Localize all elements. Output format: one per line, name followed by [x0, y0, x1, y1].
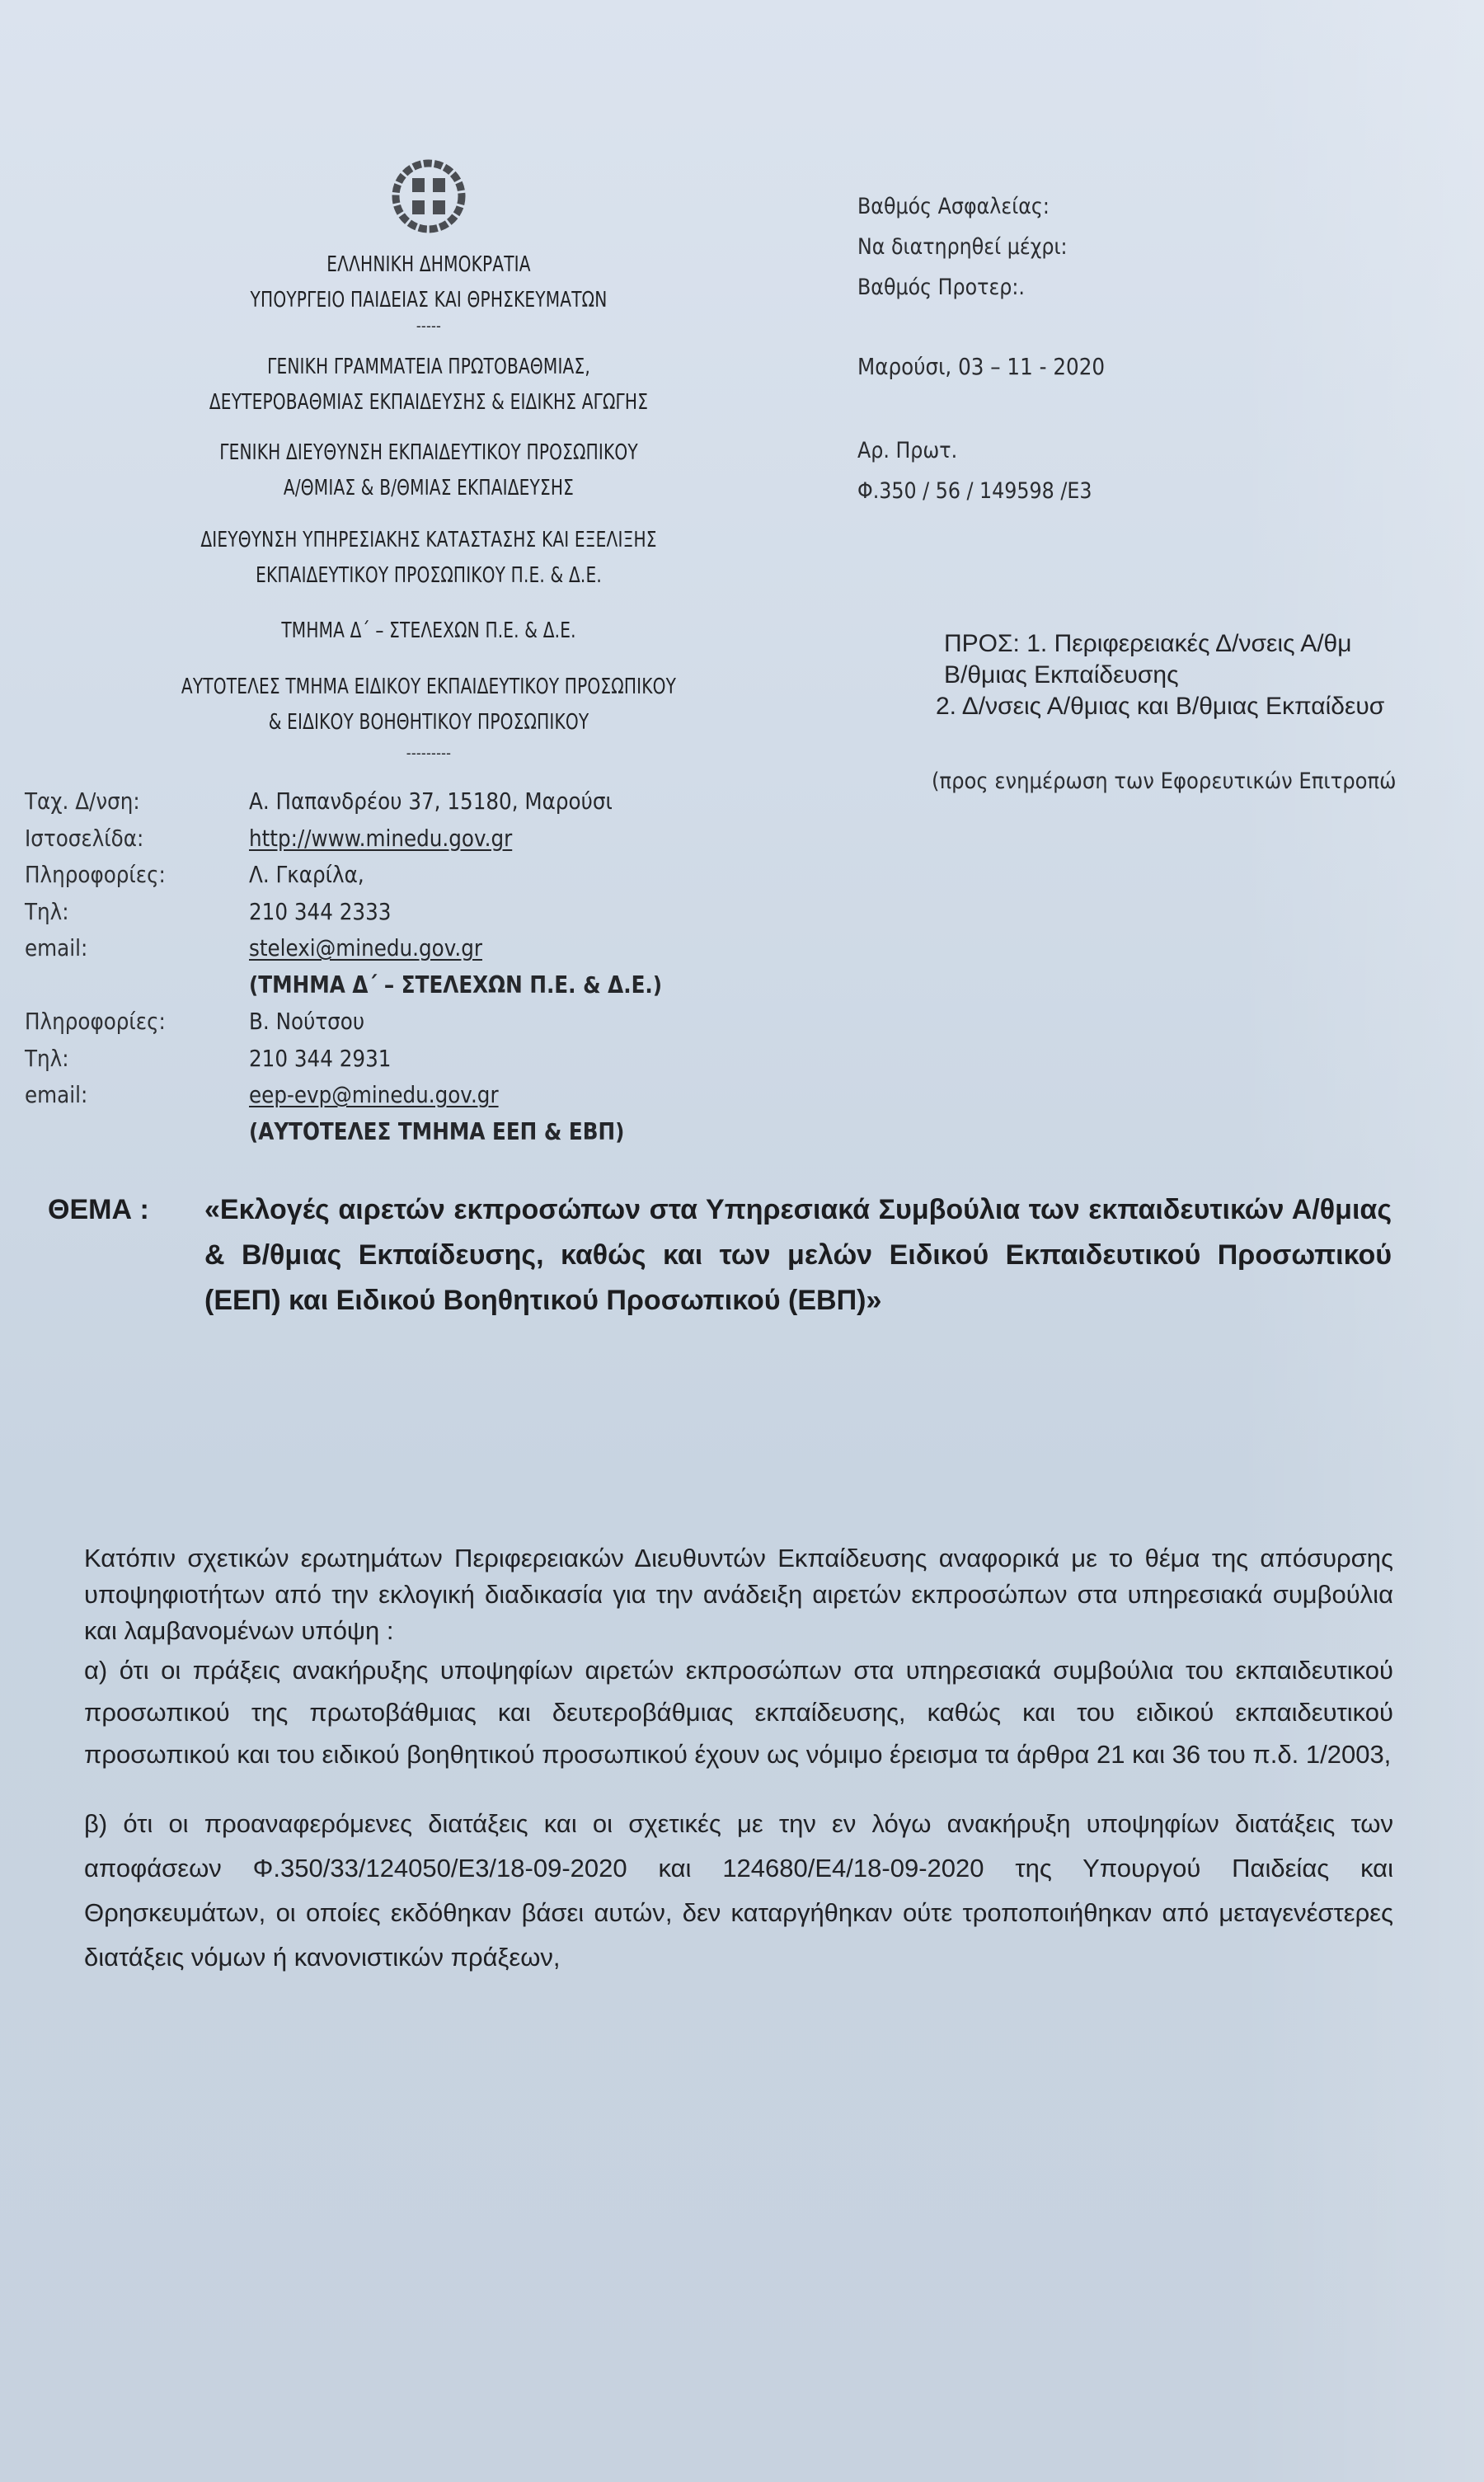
priority-level: Βαθμός Προτερ:. — [857, 267, 1068, 308]
security-level: Βαθμός Ασφαλείας: — [857, 186, 1068, 227]
protocol-number: Φ.350 / 56 / 149598 /Ε3 — [857, 471, 1092, 511]
contact-link[interactable]: stelexi@minedu.gov.gr — [249, 930, 482, 967]
contact-label — [25, 967, 222, 1004]
issuer-header: ΕΛΛΗΝΙΚΗ ΔΗΜΟΚΡΑΤΙΑ ΥΠΟΥΡΓΕΙΟ ΠΑΙΔΕΙΑΣ Κ… — [33, 247, 824, 318]
recipient-1-text: 1. Περιφερειακές Δ/νσεις Α/θμ — [1026, 630, 1351, 657]
intro-paragraph: Κατόπιν σχετικών ερωτημάτων Περιφερειακώ… — [84, 1540, 1393, 1649]
recipient-1-line-2: Β/θμιας Εκπαίδευσης — [944, 660, 1384, 691]
subject-label: ΘΕΜΑ : — [48, 1187, 149, 1233]
letter-body: Κατόπιν σχετικών ερωτημάτων Περιφερειακώ… — [84, 1540, 1393, 1980]
department-line: ΤΜΗΜΑ Δ΄ – ΣΤΕΛΕΧΩΝ Π.Ε. & Δ.Ε. — [88, 613, 769, 649]
contact-row: Πληροφορίες:Β. Νούτσου — [25, 1004, 718, 1041]
contact-value: (ΑΥΤΟΤΕΛΕΣ ΤΜΗΜΑ ΕΕΠ & ΕΒΠ) — [249, 1114, 624, 1151]
point-b-paragraph: β) ότι οι προαναφερόμενες διατάξεις και … — [84, 1802, 1393, 1980]
contact-link[interactable]: http://www.minedu.gov.gr — [249, 820, 512, 858]
republic-name: ΕΛΛΗΝΙΚΗ ΔΗΜΟΚΡΑΤΙΑ — [88, 247, 769, 283]
contact-row: Τηλ:210 344 2333 — [25, 894, 718, 931]
general-directorate-line-2: Α/ΘΜΙΑΣ & Β/ΘΜΙΑΣ ΕΚΠΑΙΔΕΥΣΗΣ — [88, 471, 769, 506]
header-separator: ----- — [33, 318, 824, 335]
contact-value: (ΤΜΗΜΑ Δ΄ – ΣΤΕΛΕΧΩΝ Π.Ε. & Δ.Ε.) — [249, 967, 662, 1004]
contact-row: (ΑΥΤΟΤΕΛΕΣ ΤΜΗΜΑ ΕΕΠ & ΕΒΠ) — [25, 1114, 718, 1151]
document-page: ΕΛΛΗΝΙΚΗ ΔΗΜΟΚΡΑΤΙΑ ΥΠΟΥΡΓΕΙΟ ΠΑΙΔΕΙΑΣ Κ… — [0, 0, 1484, 2482]
header-separator-2: --------- — [33, 745, 824, 762]
secretariat-line-2: ΔΕΥΤΕΡΟΒΑΘΜΙΑΣ ΕΚΠΑΙΔΕΥΣΗΣ & ΕΙΔΙΚΗΣ ΑΓΩ… — [88, 385, 769, 421]
secretariat-line-1: ΓΕΝΙΚΗ ΓΡΑΜΜΑΤΕΙΑ ΠΡΩΤΟΒΑΘΜΙΑΣ, — [88, 350, 769, 385]
greek-coat-of-arms-icon — [387, 155, 470, 237]
retain-until: Να διατηρηθεί μέχρι: — [857, 227, 1068, 267]
general-directorate-line-1: ΓΕΝΙΚΗ ΔΙΕΥΘΥΝΣΗ ΕΚΠΑΙΔΕΥΤΙΚΟΥ ΠΡΟΣΩΠΙΚΟ… — [88, 435, 769, 471]
subject-text: «Εκλογές αιρετών εκπροσώπων στα Υπηρεσια… — [204, 1187, 1392, 1323]
recipients-note: (προς ενημέρωση των Εφορευτικών Επιτροπώ — [932, 769, 1396, 794]
contact-value: Β. Νούτσου — [249, 1004, 364, 1041]
contact-label: Ταχ. Δ/νση: — [25, 783, 222, 820]
recipient-2: 2. Δ/νσεις Α/θμιας και Β/θμιας Εκπαίδευσ — [936, 691, 1384, 722]
contact-value: Λ. Γκαρίλα, — [249, 857, 364, 894]
contact-row: Πληροφορίες:Λ. Γκαρίλα, — [25, 857, 718, 894]
contact-label: email: — [25, 930, 222, 967]
contact-row: (ΤΜΗΜΑ Δ΄ – ΣΤΕΛΕΧΩΝ Π.Ε. & Δ.Ε.) — [25, 967, 718, 1004]
contact-label: email: — [25, 1077, 222, 1114]
contact-value: 210 344 2333 — [249, 894, 391, 931]
contact-row: email:stelexi@minedu.gov.gr — [25, 930, 718, 967]
contact-link[interactable]: eep-evp@minedu.gov.gr — [249, 1077, 499, 1114]
protocol-label: Αρ. Πρωτ. — [857, 430, 1092, 471]
autonomous-department-block: ΑΥΤΟΤΕΛΕΣ ΤΜΗΜΑ ΕΙΔΙΚΟΥ ΕΚΠΑΙΔΕΥΤΙΚΟΥ ΠΡ… — [33, 670, 824, 740]
contact-row: email:eep-evp@minedu.gov.gr — [25, 1077, 718, 1114]
secretariat-block: ΓΕΝΙΚΗ ΓΡΑΜΜΑΤΕΙΑ ΠΡΩΤΟΒΑΘΜΙΑΣ, ΔΕΥΤΕΡΟΒ… — [33, 350, 824, 421]
directorate-line-2: ΕΚΠΑΙΔΕΥΤΙΚΟΥ ΠΡΟΣΩΠΙΚΟΥ Π.Ε. & Δ.Ε. — [88, 558, 769, 594]
directorate-line-1: ΔΙΕΥΘΥΝΣΗ ΥΠΗΡΕΣΙΑΚΗΣ ΚΑΤΑΣΤΑΣΗΣ ΚΑΙ ΕΞΕ… — [88, 523, 769, 558]
autonomous-dept-line-1: ΑΥΤΟΤΕΛΕΣ ΤΜΗΜΑ ΕΙΔΙΚΟΥ ΕΚΠΑΙΔΕΥΤΙΚΟΥ ΠΡ… — [88, 670, 769, 705]
ministry-name: ΥΠΟΥΡΓΕΙΟ ΠΑΙΔΕΙΑΣ ΚΑΙ ΘΡΗΣΚΕΥΜΑΤΩΝ — [88, 283, 769, 318]
contact-details: Ταχ. Δ/νση:Α. Παπανδρέου 37, 15180, Μαρο… — [25, 783, 718, 1150]
recipients-block: ΠΡΟΣ: 1. Περιφερειακές Δ/νσεις Α/θμ Β/θμ… — [944, 628, 1384, 722]
classification-block: Βαθμός Ασφαλείας: Να διατηρηθεί μέχρι: Β… — [857, 186, 1096, 308]
autonomous-dept-line-2: & ΕΙΔΙΚΟΥ ΒΟΗΘΗΤΙΚΟΥ ΠΡΟΣΩΠΙΚΟΥ — [88, 705, 769, 740]
protocol-block: Αρ. Πρωτ. Φ.350 / 56 / 149598 /Ε3 — [857, 430, 1124, 511]
department-name: ΤΜΗΜΑ Δ΄ – ΣΤΕΛΕΧΩΝ Π.Ε. & Δ.Ε. — [33, 613, 824, 649]
contact-row: Ταχ. Δ/νση:Α. Παπανδρέου 37, 15180, Μαρο… — [25, 783, 718, 820]
recipients-label: ΠΡΟΣ: — [944, 630, 1020, 657]
contact-label: Τηλ: — [25, 1041, 222, 1078]
contact-value: 210 344 2931 — [249, 1041, 391, 1078]
contact-label: Ιστοσελίδα: — [25, 820, 222, 858]
contact-label: Πληροφορίες: — [25, 857, 222, 894]
contact-label: Πληροφορίες: — [25, 1004, 222, 1041]
point-a-paragraph: α) ότι οι πράξεις ανακήρυξης υποψηφίων α… — [84, 1649, 1393, 1775]
place-date: Μαρούσι, 03 – 11 - 2020 — [857, 346, 1139, 387]
subject-block: ΘΕΜΑ : «Εκλογές αιρετών εκπροσώπων στα Υ… — [48, 1187, 1392, 1323]
contact-row: Τηλ:210 344 2931 — [25, 1041, 718, 1078]
contact-value: Α. Παπανδρέου 37, 15180, Μαρούσι — [249, 783, 613, 820]
place-date-text: Μαρούσι, 03 – 11 - 2020 — [857, 346, 1105, 387]
recipient-1-line-1: ΠΡΟΣ: 1. Περιφερειακές Δ/νσεις Α/θμ — [944, 628, 1384, 660]
contact-row: Ιστοσελίδα:http://www.minedu.gov.gr — [25, 820, 718, 858]
directorate-block: ΔΙΕΥΘΥΝΣΗ ΥΠΗΡΕΣΙΑΚΗΣ ΚΑΤΑΣΤΑΣΗΣ ΚΑΙ ΕΞΕ… — [33, 523, 824, 594]
general-directorate-block: ΓΕΝΙΚΗ ΔΙΕΥΘΥΝΣΗ ΕΚΠΑΙΔΕΥΤΙΚΟΥ ΠΡΟΣΩΠΙΚΟ… — [33, 435, 824, 506]
contact-label — [25, 1114, 222, 1151]
contact-label: Τηλ: — [25, 894, 222, 931]
